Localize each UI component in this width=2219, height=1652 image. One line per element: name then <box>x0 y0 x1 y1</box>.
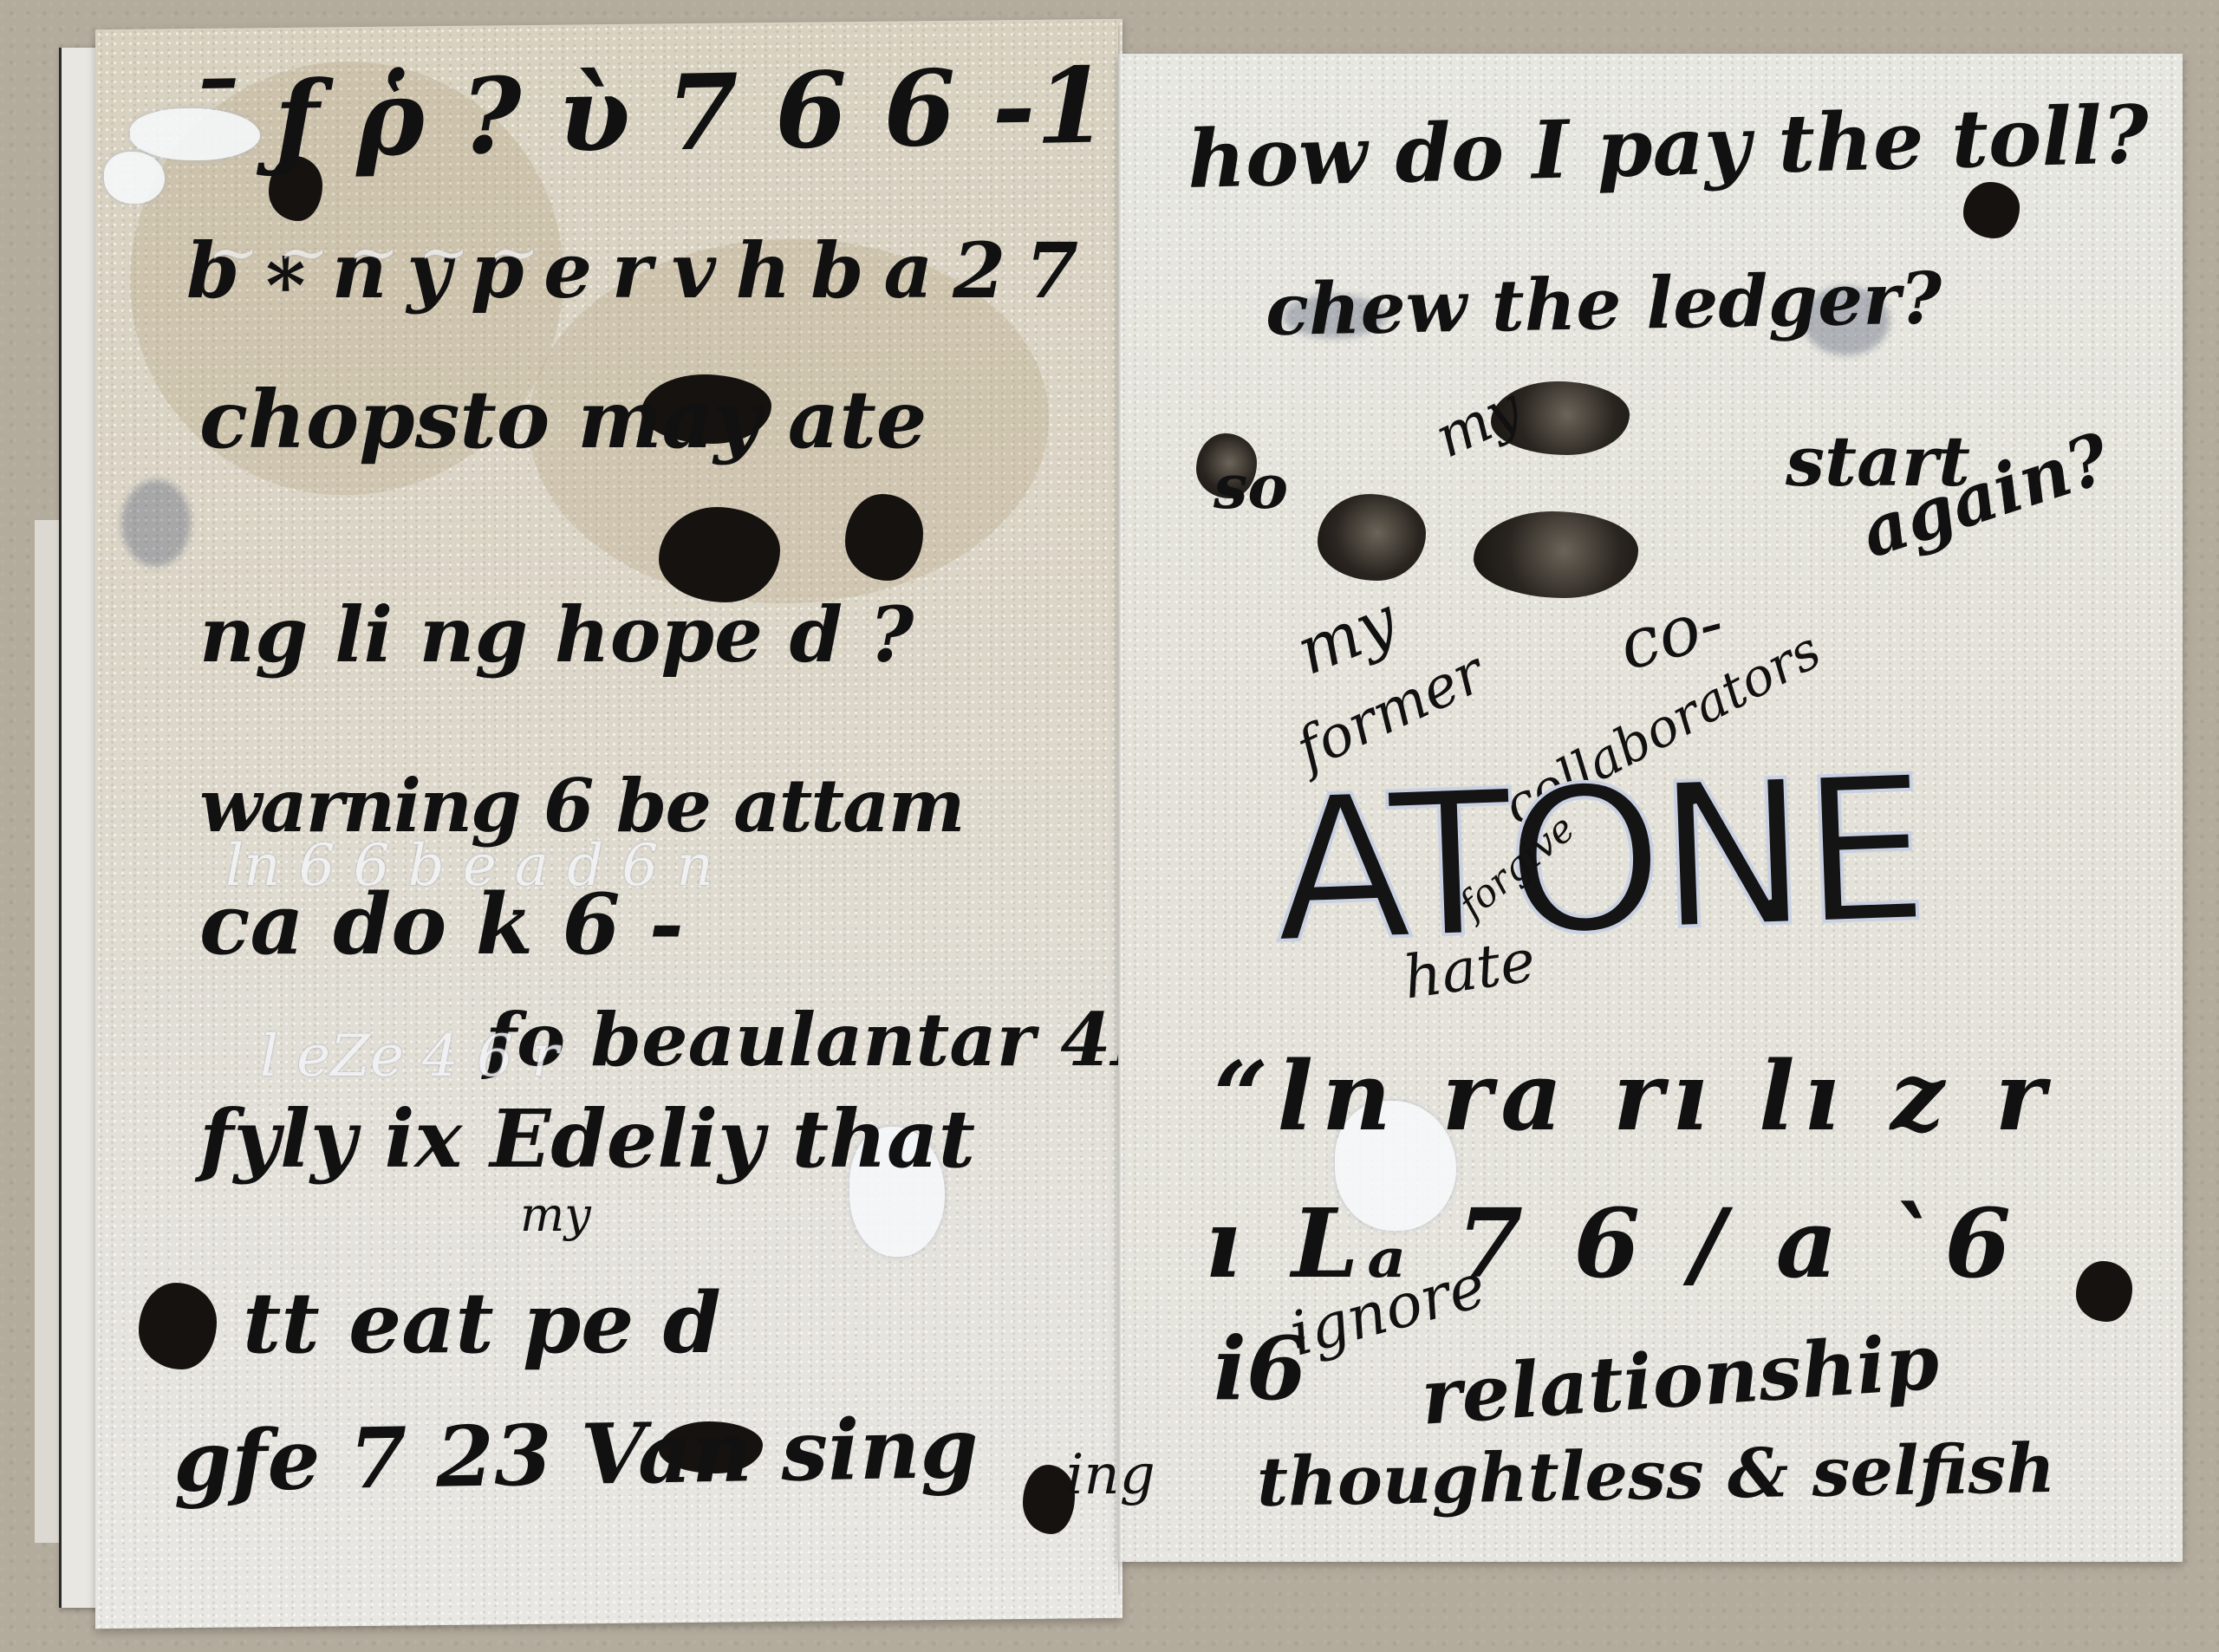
ink-blot <box>2076 1261 2132 1322</box>
handwriting-line: tt eat pe d <box>243 1274 721 1372</box>
book-gutter <box>1118 26 1122 1595</box>
ink-blot <box>659 507 780 602</box>
ink-blot <box>845 494 923 581</box>
ink-blot <box>1963 182 2020 238</box>
handwriting-line: gfe 7 23 Van sing <box>172 1399 979 1511</box>
handwriting-line: chopsto may ate <box>199 373 927 466</box>
paint-smudge <box>121 479 191 567</box>
handwriting-line: fyly ix Edeliy that <box>199 1092 975 1186</box>
metallic-ink-blot <box>1318 494 1426 581</box>
handwriting-line: ng li ng hope d ? <box>199 589 914 680</box>
scribble-line: “ln ra rı lı z r <box>1214 1040 2053 1152</box>
handwriting-line: chew the ledger? <box>1265 257 1942 352</box>
white-overwriting: ln 6 6 b e a d 6 n <box>225 832 713 899</box>
handwriting-fragment: ing <box>1066 1443 1155 1507</box>
handwriting-line: ˉ ƒ ῥ ? ὺ 7 6 6 -1 <box>185 44 1109 183</box>
handwriting-line: thoughtless & selfish <box>1256 1429 2056 1522</box>
handwriting-line: fo beaulantar 4K <box>485 997 1175 1083</box>
journal-scene: ˉ ƒ ῥ ? ὺ 7 6 6 -1 b ∗ n y p e r v h b a… <box>0 0 2219 1652</box>
ink-blot <box>139 1283 217 1369</box>
white-overwriting: l eZe 4 6 r <box>260 1023 559 1089</box>
scribble-line: ı Lₐ 7 6 / a ˋ6 <box>1205 1187 2020 1299</box>
handwriting-line: so <box>1214 451 1288 523</box>
headline-atone: ATONE <box>1271 734 1927 988</box>
white-paint-blob <box>104 152 165 204</box>
white-overwriting: ~ ~ ~ ~ ~ <box>208 217 539 288</box>
handwriting-line: my <box>520 1187 591 1242</box>
metallic-ink-blot <box>1474 511 1638 598</box>
